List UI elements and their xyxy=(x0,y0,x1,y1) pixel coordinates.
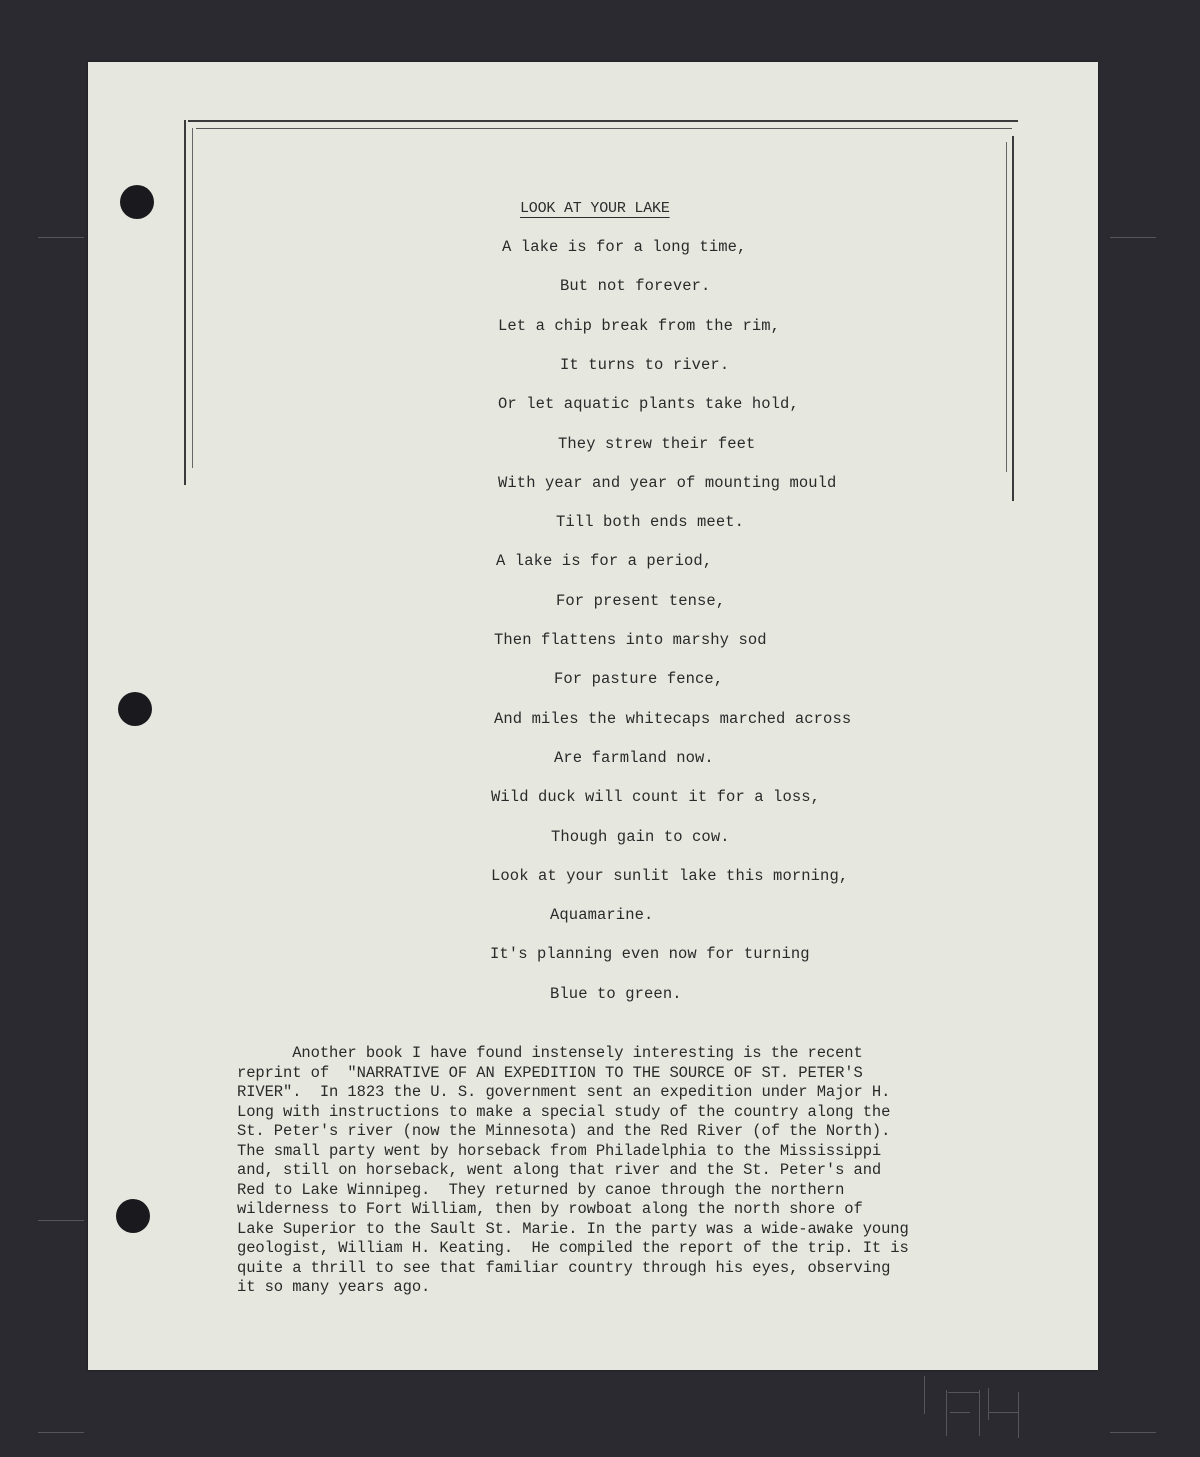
poem-line: Wild duck will count it for a loss, xyxy=(491,788,820,806)
paragraph-line: Red to Lake Winnipeg. They returned by c… xyxy=(237,1181,977,1201)
scan-registration-marks xyxy=(924,1376,1024,1436)
document-page: LOOK AT YOUR LAKE A lake is for a long t… xyxy=(88,62,1098,1370)
poem-line: But not forever. xyxy=(560,277,710,295)
poem-title: LOOK AT YOUR LAKE xyxy=(520,200,670,217)
scan-ruler-mark xyxy=(38,1220,84,1221)
scan-ruler-mark xyxy=(38,237,84,238)
poem-line: With year and year of mounting mould xyxy=(498,474,836,492)
poem-line: Blue to green. xyxy=(550,985,682,1003)
poem-line: Are farmland now. xyxy=(554,749,714,767)
poem-line: Look at your sunlit lake this morning, xyxy=(491,867,848,885)
paragraph-line: and, still on horseback, went along that… xyxy=(237,1161,977,1181)
paragraph-line: RIVER". In 1823 the U. S. government sen… xyxy=(237,1083,977,1103)
border-rule-right-inner xyxy=(1006,142,1007,472)
border-rule-top xyxy=(188,120,1018,122)
poem-line: And miles the whitecaps marched across xyxy=(494,710,851,728)
scan-ruler-mark xyxy=(1110,1432,1156,1433)
paragraph-line: it so many years ago. xyxy=(237,1278,977,1298)
border-rule-top-inner xyxy=(196,128,1012,129)
paragraph-line: wilderness to Fort William, then by rowb… xyxy=(237,1200,977,1220)
scan-ruler-mark xyxy=(38,1432,84,1433)
poem-line: They strew their feet xyxy=(558,435,755,453)
poem-line: Aquamarine. xyxy=(550,906,653,924)
poem-line: A lake is for a long time, xyxy=(502,238,746,256)
poem-line: It turns to river. xyxy=(560,356,729,374)
paragraph-line: Long with instructions to make a special… xyxy=(237,1103,977,1123)
scan-ruler-mark xyxy=(1110,237,1156,238)
border-rule-left-inner xyxy=(192,128,193,468)
poem-line: A lake is for a period, xyxy=(496,552,712,570)
punch-hole-icon xyxy=(118,692,152,726)
paragraph-line: quite a thrill to see that familiar coun… xyxy=(237,1259,977,1279)
border-rule-right xyxy=(1012,136,1014,501)
poem-line: Let a chip break from the rim, xyxy=(498,317,780,335)
paragraph-line: Lake Superior to the Sault St. Marie. In… xyxy=(237,1220,977,1240)
paragraph-line: Another book I have found instensely int… xyxy=(237,1044,977,1064)
punch-hole-icon xyxy=(120,185,154,219)
poem-line: It's planning even now for turning xyxy=(490,945,810,963)
poem-line: Till both ends meet. xyxy=(556,513,744,531)
paragraph-line: geologist, William H. Keating. He compil… xyxy=(237,1239,977,1259)
paragraph-line: reprint of "NARRATIVE OF AN EXPEDITION T… xyxy=(237,1064,977,1084)
poem-line: For present tense, xyxy=(556,592,725,610)
punch-hole-icon xyxy=(116,1199,150,1233)
paragraph-body: Another book I have found instensely int… xyxy=(237,1044,977,1298)
poem-line: Or let aquatic plants take hold, xyxy=(498,395,799,413)
poem-line: Then flattens into marshy sod xyxy=(494,631,767,649)
paragraph-line: The small party went by horseback from P… xyxy=(237,1142,977,1162)
poem-line: For pasture fence, xyxy=(554,670,723,688)
poem-line: Though gain to cow. xyxy=(551,828,730,846)
paragraph-line: St. Peter's river (now the Minnesota) an… xyxy=(237,1122,977,1142)
border-rule-left xyxy=(184,120,186,485)
